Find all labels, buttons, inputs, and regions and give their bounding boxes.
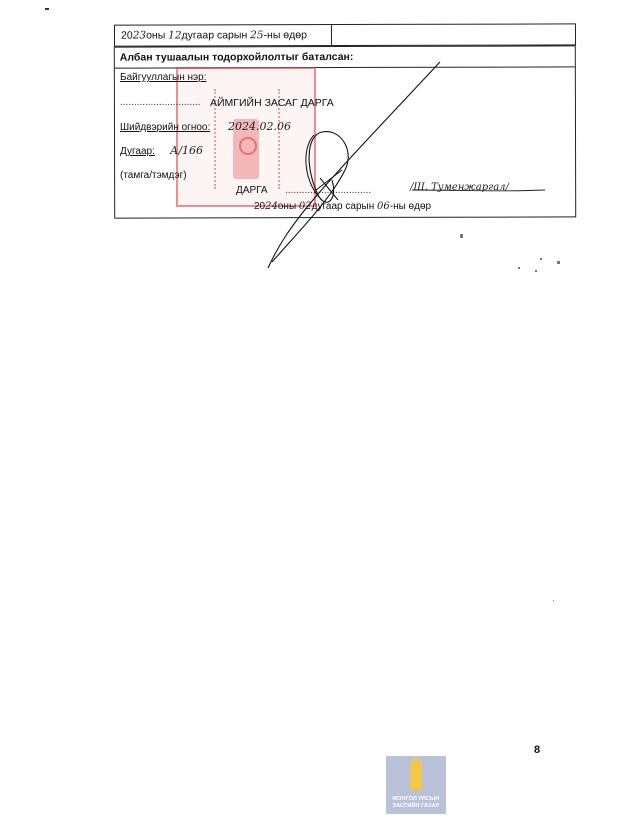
top-date-year: 23 xyxy=(133,30,146,42)
logo-line-1: МОНГОЛ УЛСЫН xyxy=(386,796,446,802)
organization-dots: ............................. xyxy=(120,97,201,108)
stamp-label: (тамга/тэмдэг) xyxy=(120,170,187,181)
page-number: 8 xyxy=(534,744,540,756)
top-date-day: 25 xyxy=(250,29,263,41)
top-date-month: 12 xyxy=(168,29,181,41)
logo-line-2: ЗАСГИЙН ГАЗАР xyxy=(386,803,446,809)
organization-label: Байгууллагын нэр: xyxy=(120,72,206,83)
scan-speck xyxy=(460,234,463,238)
government-watermark-logo: МОНГОЛ УЛСЫН ЗАСГИЙН ГАЗАР xyxy=(386,756,446,814)
approval-heading-row: Албан тушаалын тодорхойлолтыг баталсан: xyxy=(115,46,575,68)
decision-date-value: 2024.02.06 xyxy=(228,120,291,133)
signer-dots: ............................... xyxy=(285,185,371,196)
number-value: А/166 xyxy=(170,144,203,157)
scan-speck xyxy=(553,600,554,601)
approval-heading: Албан тушаалын тодорхойлолтыг баталсан: xyxy=(120,51,354,64)
number-label: Дугаар: xyxy=(120,146,155,157)
bottom-date-year: 24 xyxy=(265,201,278,212)
organization-name: АЙМГИЙН ЗАСАГ ДАРГА xyxy=(210,97,334,109)
scan-speck xyxy=(518,267,520,269)
bottom-date-day: 06 xyxy=(377,201,390,212)
scan-speck xyxy=(557,261,560,264)
bottom-date-month: 02 xyxy=(299,201,312,212)
scan-speck xyxy=(540,258,542,260)
bottom-date-line: 2024оны 02дугаар сарын 06-ны өдөр xyxy=(254,201,431,212)
soyombo-icon xyxy=(410,762,422,790)
scan-speck xyxy=(535,270,537,272)
document-page: 2023оны 12дугаар сарын 25-ны өдөр Албан … xyxy=(0,0,634,838)
decision-date-label: Шийдвэрийн огноо: xyxy=(120,122,210,133)
top-date-line: 2023оны 12дугаар сарын 25-ны өдөр xyxy=(121,29,307,41)
signer-title: ДАРГА xyxy=(236,185,268,196)
date-box: 2023оны 12дугаар сарын 25-ны өдөр xyxy=(114,23,576,46)
signer-name: /Ш. Туменжаргал/ xyxy=(410,182,509,193)
column-divider xyxy=(331,25,332,45)
scan-artifact xyxy=(45,8,49,10)
